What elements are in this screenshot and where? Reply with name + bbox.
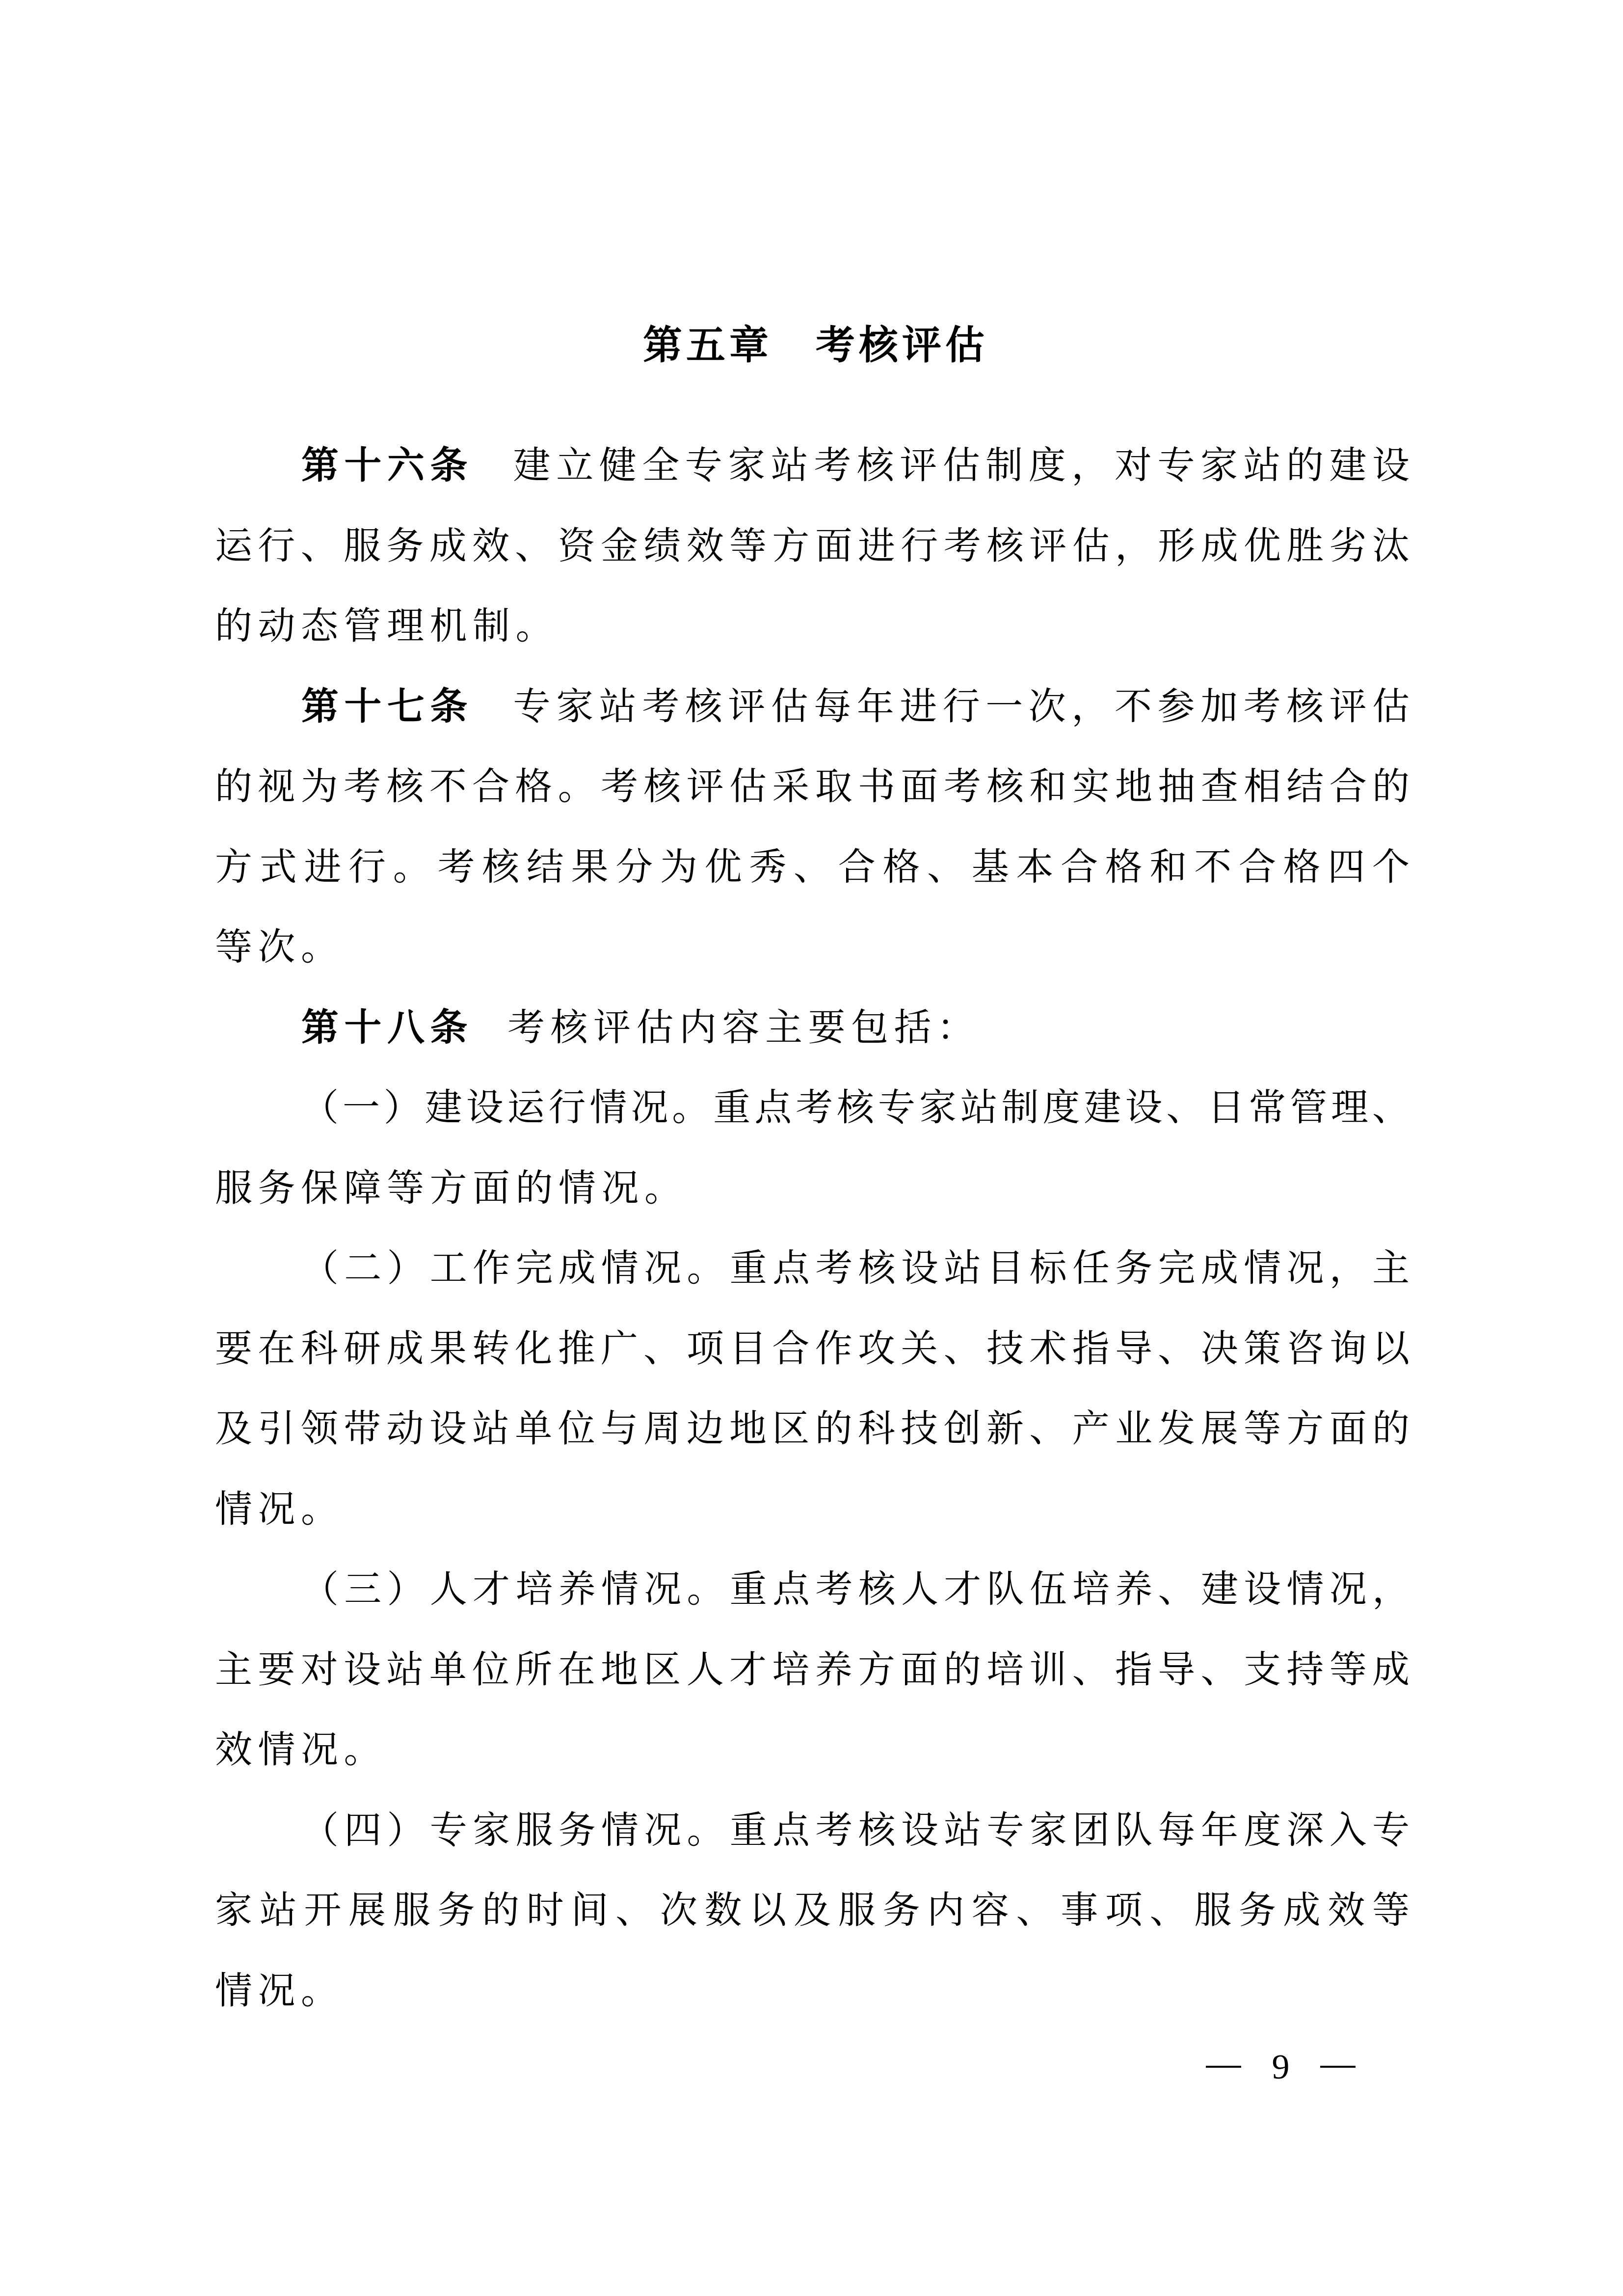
article-number: 第十八条 bbox=[301, 1005, 473, 1049]
item-4-line-1: （四）专家服务情况。重点考核设站专家团队每年度深入专 bbox=[301, 1806, 1410, 1855]
article-text: 专家站考核评估每年进行一次，不参加考核评估 bbox=[507, 684, 1410, 728]
chapter-heading: 第五章考核评估 bbox=[643, 322, 988, 368]
page-number-dash-left bbox=[1206, 2066, 1241, 2068]
item-2-line-1: （二）工作完成情况。重点考核设站目标任务完成情况，主 bbox=[301, 1243, 1410, 1293]
article-text: 考核评估内容主要包括： bbox=[507, 1005, 980, 1049]
chapter-number: 第五章 bbox=[643, 322, 772, 368]
item-4-line-2: 家站开展服务的时间、次数以及服务内容、事项、服务成效等 bbox=[215, 1886, 1410, 1935]
article-17-line-3: 方式进行。考核结果分为优秀、合格、基本合格和不合格四个 bbox=[215, 842, 1410, 891]
item-2-line-3: 及引领带动设站单位与周边地区的科技创新、产业发展等方面的 bbox=[215, 1404, 1410, 1453]
article-16-line-2: 运行、服务成效、资金绩效等方面进行考核评估，形成优胜劣汰 bbox=[215, 521, 1410, 570]
article-16-line-1: 第十六条建立健全专家站考核评估制度，对专家站的建设 bbox=[301, 441, 1410, 490]
article-17-line-2: 的视为考核不合格。考核评估采取书面考核和实地抽查相结合的 bbox=[215, 762, 1410, 811]
item-3-line-3: 效情况。 bbox=[215, 1725, 1410, 1774]
item-2-line-2: 要在科研成果转化推广、项目合作攻关、技术指导、决策咨询以 bbox=[215, 1324, 1410, 1373]
page-number: 9 bbox=[1206, 2047, 1356, 2086]
article-text: 建立健全专家站考核评估制度，对专家站的建设 bbox=[507, 443, 1410, 487]
page-number-value: 9 bbox=[1272, 2047, 1290, 2087]
item-4-line-3: 情况。 bbox=[215, 1966, 1410, 2015]
article-16-line-3: 的动态管理机制。 bbox=[215, 601, 1410, 650]
article-number: 第十七条 bbox=[301, 684, 473, 728]
item-1-line-2: 服务保障等方面的情况。 bbox=[215, 1163, 1410, 1213]
item-1-line-1: （一）建设运行情况。重点考核专家站制度建设、日常管理、 bbox=[301, 1083, 1410, 1132]
chapter-title: 考核评估 bbox=[816, 322, 988, 368]
document-page: 第五章考核评估 第十六条建立健全专家站考核评估制度，对专家站的建设 运行、服务成… bbox=[0, 0, 1623, 2296]
item-2-line-4: 情况。 bbox=[215, 1485, 1410, 1534]
item-3-line-2: 主要对设站单位所在地区人才培养方面的培训、指导、支持等成 bbox=[215, 1645, 1410, 1694]
item-3-line-1: （三）人才培养情况。重点考核人才队伍培养、建设情况， bbox=[301, 1565, 1410, 1614]
article-17-line-1: 第十七条专家站考核评估每年进行一次，不参加考核评估 bbox=[301, 682, 1410, 731]
article-18-line-1: 第十八条考核评估内容主要包括： bbox=[301, 1003, 1410, 1052]
article-17-line-4: 等次。 bbox=[215, 922, 1410, 972]
page-number-dash-right bbox=[1320, 2066, 1356, 2068]
article-number: 第十六条 bbox=[301, 443, 473, 487]
